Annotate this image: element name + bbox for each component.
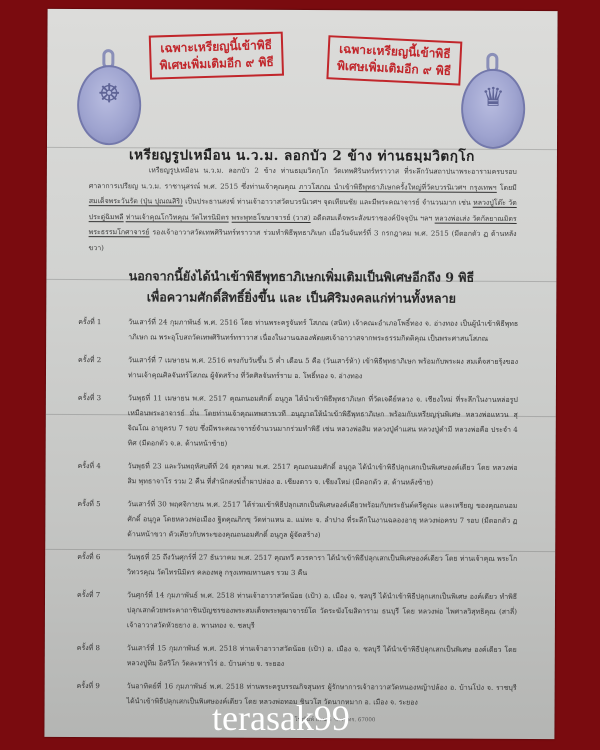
entry-text: วันเสาร์ที่ 30 พฤศจิกายน พ.ศ. 2517 ได้ร่…	[127, 497, 517, 544]
list-item: ครั้งที่ 5 วันเสาร์ที่ 30 พฤศจิกายน พ.ศ.…	[73, 497, 517, 544]
red-stamp-right: เฉพาะเหรียญนี้เข้าพิธี พิเศษเพิ่มเติมอีก…	[326, 35, 462, 85]
entry-label: ครั้งที่ 9	[73, 679, 127, 709]
subtitle-line: เพื่อความศักดิ์สิทธิ์ยิ่งขึ้น และ เป็นศิ…	[46, 286, 556, 309]
left-medallion: ☸	[77, 49, 141, 135]
entry-label: ครั้งที่ 2	[74, 353, 128, 383]
entry-label: ครั้งที่ 7	[73, 588, 127, 633]
underlined-name: พระธรรมโกศาจารย์	[89, 228, 150, 237]
underlined-name: พระพุทธโฆษาจารย์ (วาส)	[231, 213, 310, 222]
entry-label: ครั้งที่ 3	[74, 391, 128, 451]
right-medallion: ♛	[461, 53, 525, 139]
entry-label: ครั้งที่ 5	[73, 497, 127, 542]
subtitle-line: นอกจากนี้ยังได้นำเข้าพิธีพุทธาภิเษกเพิ่ม…	[46, 265, 556, 288]
crest-medallion-icon: ♛	[461, 83, 525, 113]
list-item: ครั้งที่ 2 วันเสาร์ที่ 7 เมษายน พ.ศ. 251…	[74, 353, 518, 385]
underlined-name: สมเด็จพระวันรัต (ปุ่น ปุณณสิริ)	[89, 197, 183, 206]
entry-text: วันเสาร์ที่ 15 กุมภาพันธ์ พ.ศ. 2518 ท่าน…	[127, 641, 517, 673]
body-text: รองเจ้าอาวาสวัดเทพศิรินทร์ทราวาส ร่วมทำพ…	[89, 228, 517, 251]
entry-text: วันศุกร์ที่ 14 กุมภาพันธ์ พ.ศ. 2518 ท่าน…	[127, 588, 517, 635]
underlined-name: ท่านเจ้าคุณโกวิทคุณ วัดไทรนิมิตร	[126, 213, 229, 222]
body-text: โดยมี	[500, 183, 517, 191]
watermark: terasak99	[212, 698, 350, 738]
list-item: ครั้งที่ 6 วันพุธที่ 25 ถึงวันศุกร์ที่ 2…	[73, 550, 517, 582]
entry-text: วันพุธที่ 11 เมษายน พ.ศ. 2517 คุณถนอมศัก…	[128, 391, 518, 453]
list-item: ครั้งที่ 1 วันเสาร์ที่ 24 กุมภาพันธ์ พ.ศ…	[74, 315, 518, 347]
intro-paragraph: เหรียญรูปเหมือน น.ว.ม. ลอกบัว 2 ข้าง ท่า…	[89, 163, 517, 258]
list-item: ครั้งที่ 7 วันศุกร์ที่ 14 กุมภาพันธ์ พ.ศ…	[73, 588, 517, 635]
entry-text: วันพุธที่ 23 และวันพฤหัสบดีที่ 24 ตุลาคม…	[127, 459, 517, 491]
list-item: ครั้งที่ 3 วันพุธที่ 11 เมษายน พ.ศ. 2517…	[74, 391, 518, 453]
red-stamp-left: เฉพาะเหรียญนี้เข้าพิธี พิเศษเพิ่มเติมอีก…	[149, 32, 284, 80]
entry-label: ครั้งที่ 6	[73, 550, 127, 580]
entry-text: วันพุธที่ 25 ถึงวันศุกร์ที่ 27 ธันวาคม พ…	[127, 550, 517, 582]
entry-label: ครั้งที่ 4	[73, 459, 127, 489]
monk-medallion-icon: ☸	[77, 79, 141, 109]
entry-label: ครั้งที่ 1	[74, 315, 128, 345]
underlined-name: หลวงพ่อเส่ง วัดกัลยาณมิตร	[435, 214, 517, 223]
entry-label: ครั้งที่ 8	[73, 641, 127, 671]
list-item: ครั้งที่ 4 วันพุธที่ 23 และวันพฤหัสบดีที…	[73, 459, 517, 491]
underlined-name: ภาวโสภณ นำเข้าพิธีพุทธาภิเษกครั้งใหญ่ที่…	[299, 182, 497, 192]
body-text: อดีตสมเด็จพระสังฆราชองค์ปัจจุบัน ฯลฯ	[313, 214, 432, 223]
document-paper: ☸ ♛ เฉพาะเหรียญนี้เข้าพิธี พิเศษเพิ่มเติ…	[44, 9, 557, 739]
body-text: เป็นประธานสงฆ์ ท่านเจ้าอาวาสวัดบวรนิเวศฯ…	[185, 197, 471, 206]
entry-text: วันเสาร์ที่ 7 เมษายน พ.ศ. 2516 ตรงกับวัน…	[128, 353, 518, 385]
entry-text: วันเสาร์ที่ 24 กุมภาพันธ์ พ.ศ. 2516 โดย …	[128, 315, 518, 347]
stamp-line: พิเศษเพิ่มเติมอีก ๙ พิธี	[159, 54, 274, 74]
subtitle: นอกจากนี้ยังได้นำเข้าพิธีพุทธาภิเษกเพิ่ม…	[46, 265, 556, 309]
list-item: ครั้งที่ 8 วันเสาร์ที่ 15 กุมภาพันธ์ พ.ศ…	[73, 641, 517, 673]
ceremony-list: ครั้งที่ 1 วันเสาร์ที่ 24 กุมภาพันธ์ พ.ศ…	[73, 315, 519, 715]
